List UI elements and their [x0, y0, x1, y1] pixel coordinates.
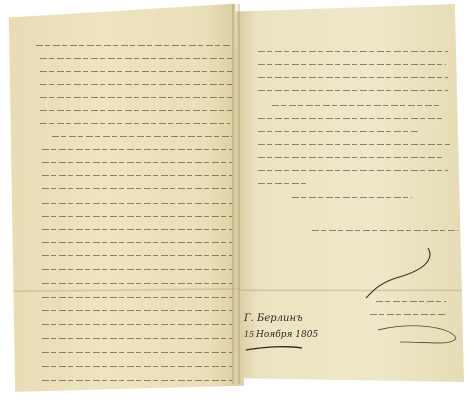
date-day: 15 [244, 330, 254, 339]
signature-line-2: Князь ... [370, 309, 446, 319]
place: Г. Берлинъ [244, 313, 303, 324]
signature-line-1: Всеподданнѣйшій [376, 296, 446, 306]
signature-flourish [0, 0, 472, 400]
date-month-year: Ноября 1805 [256, 330, 318, 340]
